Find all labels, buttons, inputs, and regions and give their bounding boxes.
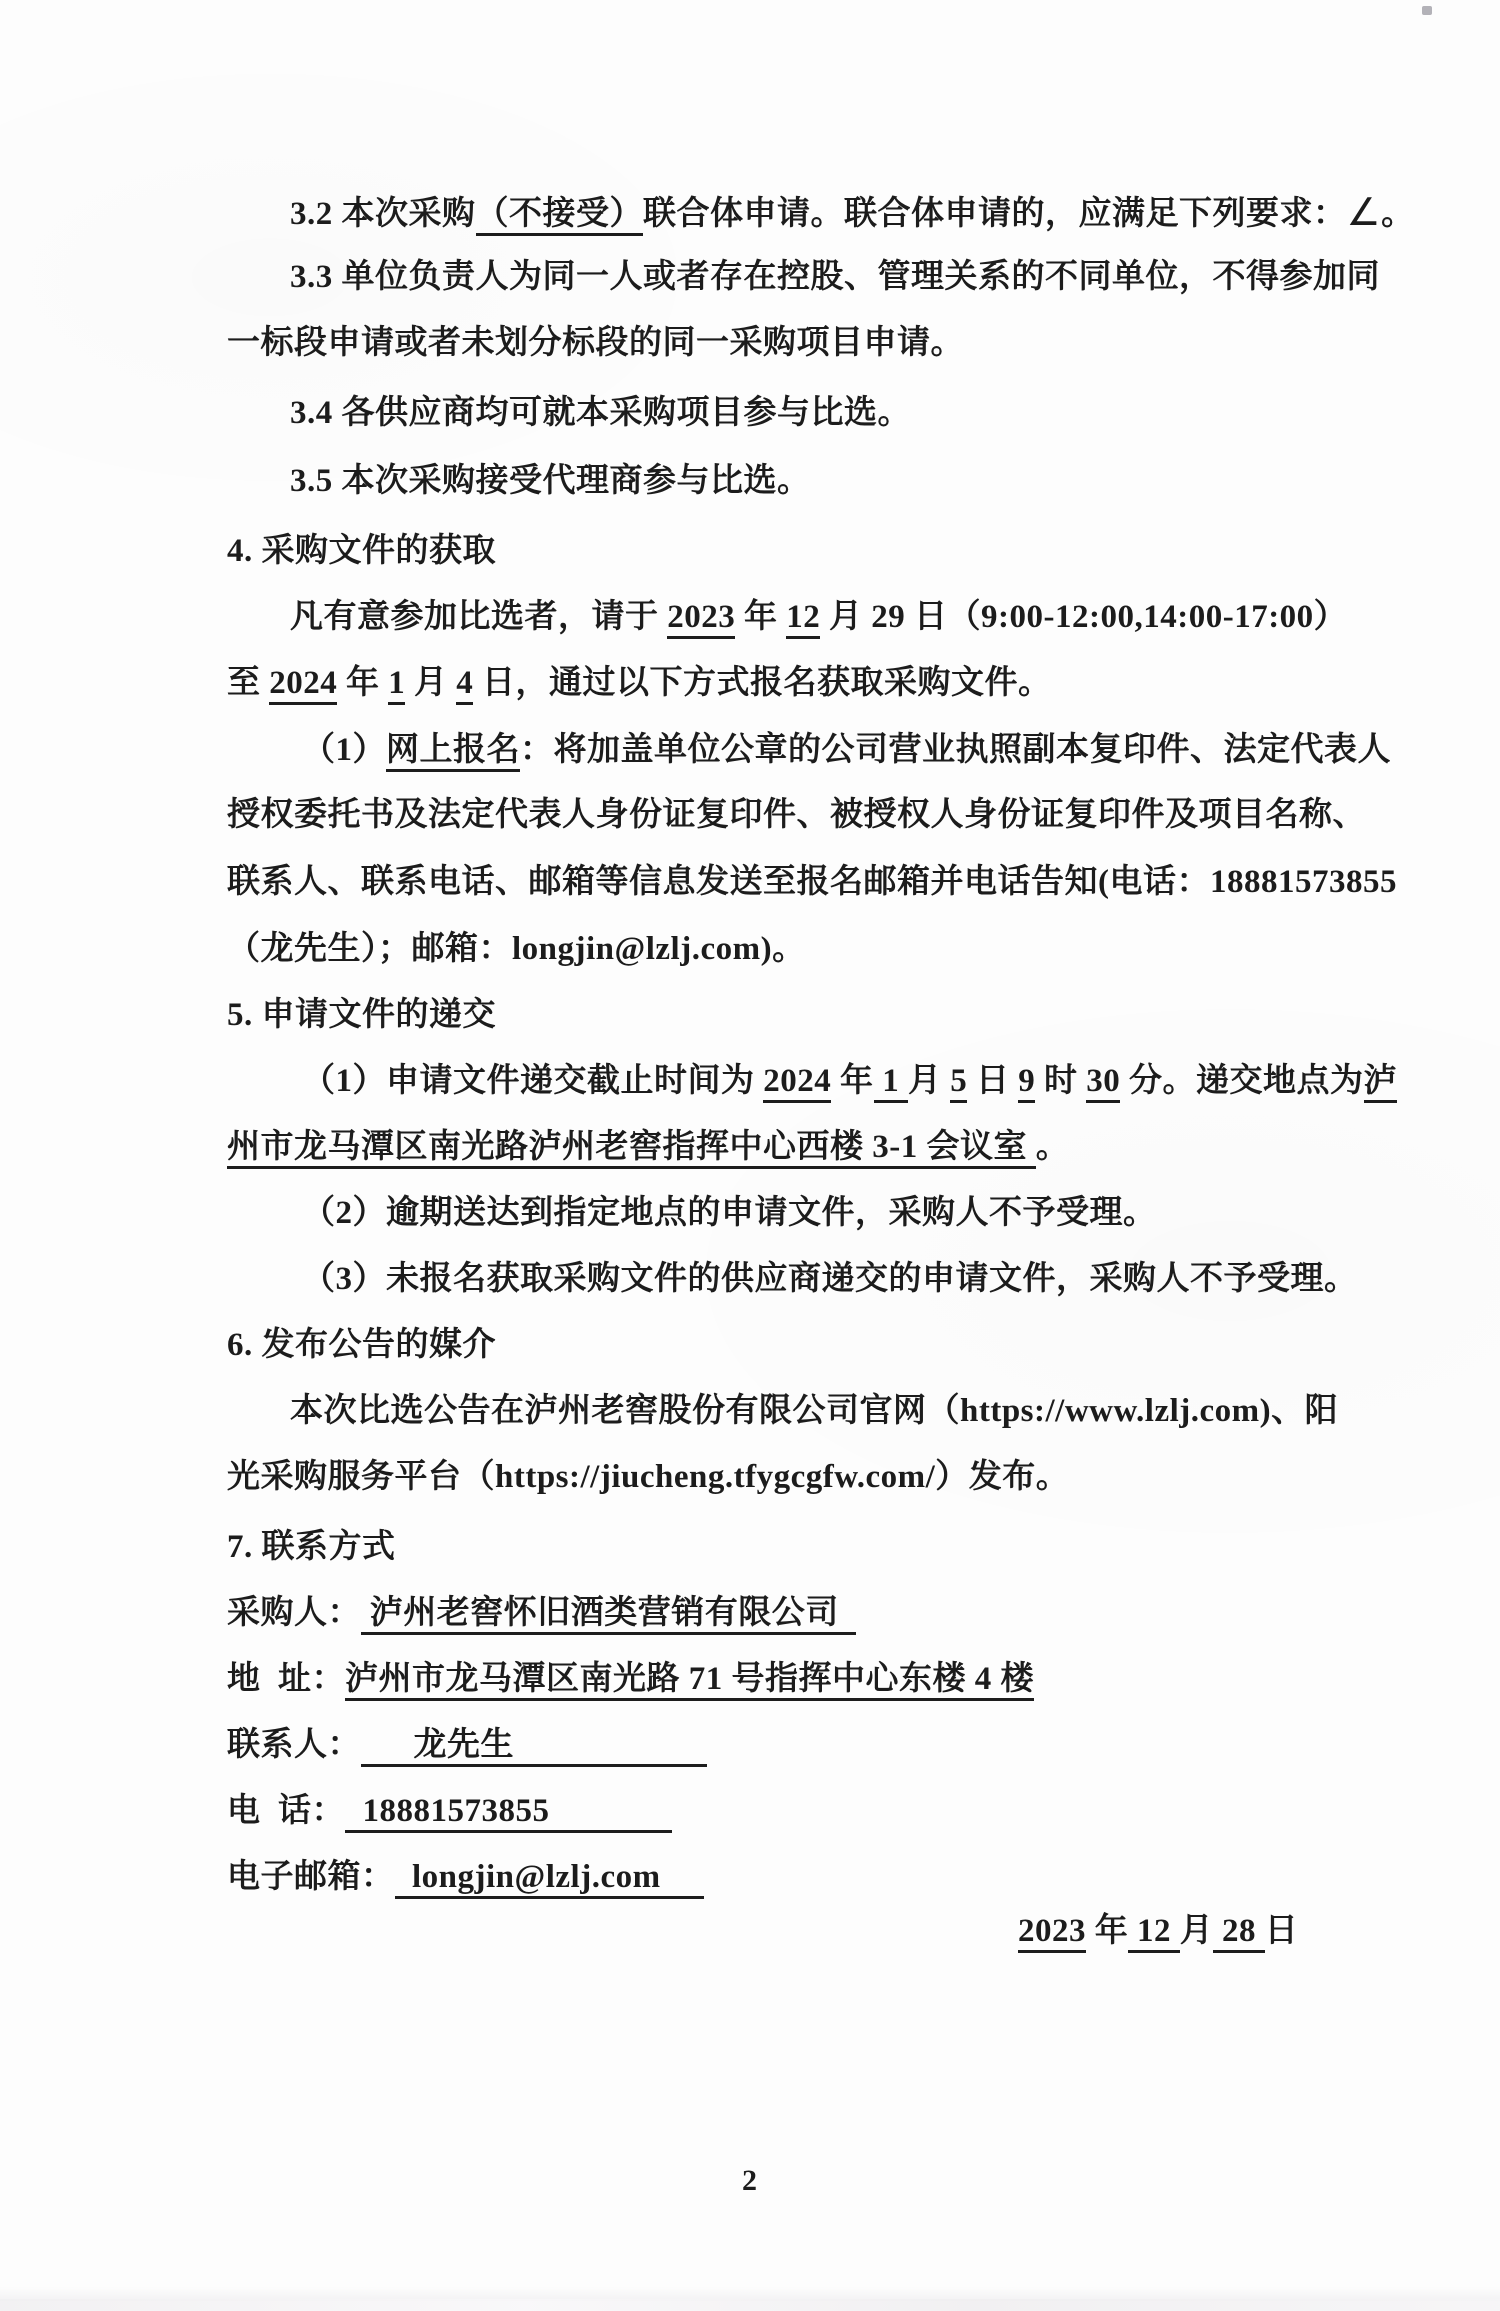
text-segment: 月 [1180,1913,1214,1949]
text-line: 3.2 本次采购（不接受）联合体申请。联合体申请的，应满足下列要求：∠。 [290,188,1415,237]
text-segment: （2）逾期送达到指定地点的申请文件，采购人不予受理。 [302,1195,1157,1231]
document-page: 3.2 本次采购（不接受）联合体申请。联合体申请的，应满足下列要求：∠。3.3 … [0,0,1500,2311]
underlined-text: 网上报名 [386,732,520,772]
text-segment: 3.5 本次采购接受代理商参与比选。 [290,463,811,499]
scan-edge-shadow [0,2299,1500,2311]
text-segment: 月 29 日（9:00-12:00,14:00-17:00） [820,599,1347,635]
text-segment: 。 [1381,196,1415,232]
text-line: 联系人： 龙先生 [227,1722,707,1768]
text-segment: （1）申请文件递交截止时间为 [302,1063,763,1099]
text-segment: 3.3 单位负责人为同一人或者存在控股、管理关系的不同单位，不得参加同 [290,259,1380,295]
text-line: 授权委托书及法定代表人身份证复印件、被授权人身份证复印件及项目名称、 [227,792,1366,838]
text-line: 3.4 各供应商均可就本采购项目参与比选。 [290,390,911,436]
underlined-text: 9 [1018,1063,1035,1103]
text-segment: 年 [831,1063,873,1099]
text-line: 7. 联系方式 [227,1524,396,1570]
text-segment: 。 [1036,1129,1070,1165]
text-segment: 联系人、联系电话、邮箱等信息发送至报名邮箱并电话告知(电话：1888157385… [227,864,1397,900]
underlined-text: 18881573855 [345,1793,672,1833]
text-segment: 年 [337,665,388,701]
text-segment: 日 [1265,1913,1299,1949]
text-segment: 一标段申请或者未划分标段的同一采购项目申请。 [227,325,964,361]
text-line: 电 话： 18881573855 [227,1788,672,1834]
text-segment: 联合体申请。联合体申请的，应满足下列要求： [643,196,1347,232]
underlined-text: 28 [1213,1913,1265,1953]
text-segment: 光采购服务平台（https://jiucheng.tfygcgfw.com/）发… [227,1459,1069,1495]
text-segment: 年 [735,599,786,635]
text-line: （3）未报名获取采购文件的供应商递交的申请文件，采购人不予受理。 [302,1256,1358,1302]
text-segment: 凡有意参加比选者，请于 [290,599,667,635]
text-segment: 电子邮箱： [227,1859,395,1895]
text-line: 联系人、联系电话、邮箱等信息发送至报名邮箱并电话告知(电话：1888157385… [227,859,1397,905]
underlined-text: 泸 [1364,1063,1398,1103]
underlined-text: 1 [874,1063,909,1103]
handwritten-slash-mark: ∠ [1347,189,1382,235]
text-line: 一标段申请或者未划分标段的同一采购项目申请。 [227,320,964,366]
underlined-text: 30 [1086,1063,1120,1103]
text-segment: 授权委托书及法定代表人身份证复印件、被授权人身份证复印件及项目名称、 [227,797,1366,833]
underlined-text: 12 [1128,1913,1180,1953]
text-line: 凡有意参加比选者，请于 2023 年 12 月 29 日（9:00-12:00,… [290,594,1347,640]
text-segment: 年 [1086,1913,1128,1949]
underlined-text: 龙先生 [361,1727,707,1767]
text-line: （1）申请文件递交截止时间为 2024 年 1 月 5 日 9 时 30 分。递… [302,1058,1397,1104]
text-line: 3.3 单位负责人为同一人或者存在控股、管理关系的不同单位，不得参加同 [290,254,1380,300]
underlined-text: 2023 [667,599,735,639]
text-segment: 至 [227,665,269,701]
underlined-text: 2023 [1018,1913,1086,1953]
text-segment: 7. 联系方式 [227,1529,396,1565]
text-line: 采购人： 泸州老窖怀旧酒类营销有限公司 [227,1590,856,1636]
underlined-text: （不接受） [476,196,644,236]
text-line: 4. 采购文件的获取 [227,528,496,574]
text-line: （龙先生）；邮箱：longjin@lzlj.com)。 [227,926,806,972]
text-segment: 地 址： [227,1661,345,1697]
underlined-text: 2024 [269,665,337,705]
text-segment: ：将加盖单位公章的公司营业执照副本复印件、法定代表人 [520,732,1391,768]
text-segment: 联系人： [227,1727,361,1763]
page-number: 2 [0,2164,1500,2198]
text-line: 2023 年 12 月 28 日 [1018,1908,1298,1954]
text-line: 州市龙马潭区南光路泸州老窖指挥中心西楼 3-1 会议室 。 [227,1124,1069,1170]
text-segment: 时 [1035,1063,1086,1099]
text-segment: 分。递交地点为 [1120,1063,1363,1099]
text-segment: （1） [302,732,386,768]
text-segment: （龙先生）；邮箱：longjin@lzlj.com)。 [227,931,806,967]
text-segment: 电 话： [227,1793,345,1829]
text-line: 本次比选公告在泸州老窖股份有限公司官网（https://www.lzlj.com… [290,1388,1338,1434]
text-segment: 5. 申请文件的递交 [227,997,496,1033]
text-segment: 月 [908,1063,950,1099]
text-line: 电子邮箱： longjin@lzlj.com [227,1854,704,1900]
text-segment: 采购人： [227,1595,361,1631]
underlined-text: longjin@lzlj.com [395,1859,705,1899]
text-segment: 日 [967,1063,1018,1099]
text-segment: 本次比选公告在泸州老窖股份有限公司官网（https://www.lzlj.com… [290,1393,1338,1429]
text-line: （1）网上报名：将加盖单位公章的公司营业执照副本复印件、法定代表人 [302,727,1391,773]
underlined-text: 4 [456,665,473,705]
text-line: 3.5 本次采购接受代理商参与比选。 [290,458,811,504]
text-segment: 4. 采购文件的获取 [227,533,496,569]
underlined-text: 12 [786,599,820,639]
text-segment: 3.4 各供应商均可就本采购项目参与比选。 [290,395,911,431]
text-segment: 月 [405,665,456,701]
text-line: 6. 发布公告的媒介 [227,1322,496,1368]
text-segment: 3.2 本次采购 [290,196,476,232]
underlined-text: 1 [388,665,405,705]
text-line: 至 2024 年 1 月 4 日，通过以下方式报名获取采购文件。 [227,660,1052,706]
text-line: （2）逾期送达到指定地点的申请文件，采购人不予受理。 [302,1190,1157,1236]
text-line: 地 址：泸州市龙马潭区南光路 71 号指挥中心东楼 4 楼 [227,1656,1034,1702]
text-segment: （3）未报名获取采购文件的供应商递交的申请文件，采购人不予受理。 [302,1261,1358,1297]
underlined-text: 泸州市龙马潭区南光路 71 号指挥中心东楼 4 楼 [345,1661,1034,1701]
underlined-text: 州市龙马潭区南光路泸州老窖指挥中心西楼 3-1 会议室 [227,1129,1036,1169]
text-line: 5. 申请文件的递交 [227,992,496,1038]
scan-speck [1422,6,1432,15]
underlined-text: 5 [950,1063,967,1103]
text-line: 光采购服务平台（https://jiucheng.tfygcgfw.com/）发… [227,1454,1069,1500]
text-segment: 日，通过以下方式报名获取采购文件。 [473,665,1051,701]
underlined-text: 泸州老窖怀旧酒类营销有限公司 [361,1595,856,1635]
text-segment: 6. 发布公告的媒介 [227,1327,496,1363]
underlined-text: 2024 [763,1063,831,1103]
